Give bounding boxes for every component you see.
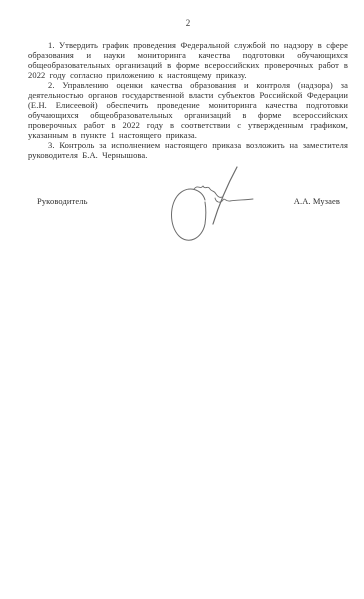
position-label: Руководитель xyxy=(37,196,88,206)
page-number: 2 xyxy=(28,18,348,28)
signature-row: Руководитель А.А. Музаев xyxy=(37,196,340,206)
document-body: 1. Утвердить график проведения Федеральн… xyxy=(28,40,348,160)
paragraph-1: 1. Утвердить график проведения Федеральн… xyxy=(28,40,348,80)
document-page: 2 1. Утвердить график проведения Федерал… xyxy=(0,0,364,599)
paragraph-2: 2. Управлению оценки качества образовани… xyxy=(28,80,348,140)
signer-name: А.А. Музаев xyxy=(294,196,340,206)
